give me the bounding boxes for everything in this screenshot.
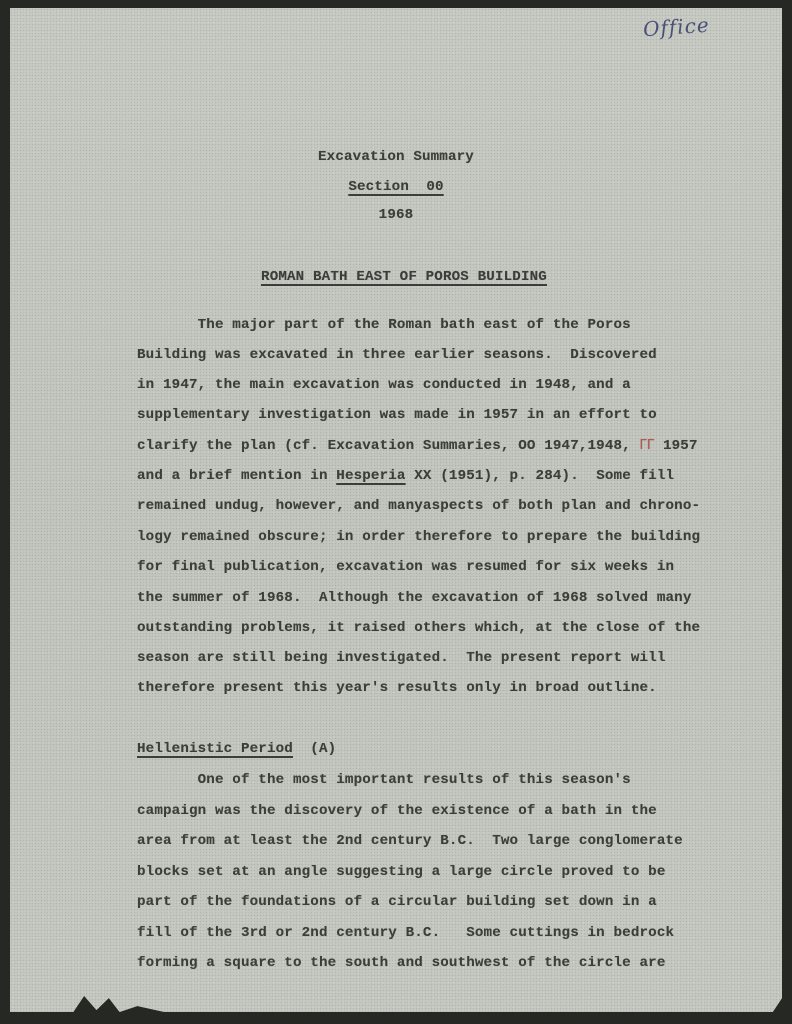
handwritten-note: Office: [642, 13, 710, 42]
paragraph-line: part of the foundations of a circular bu…: [137, 894, 657, 910]
document-title: Excavation Summary: [0, 149, 792, 165]
journal-title: Hesperia: [336, 468, 405, 484]
document-year: 1968: [0, 207, 792, 223]
paragraph-line: in 1947, the main excavation was conduct…: [137, 377, 631, 393]
paragraph-line: clarify the plan (cf. Excavation Summari…: [137, 438, 698, 454]
paragraph-line: forming a square to the south and southw…: [137, 955, 666, 971]
paragraph-line: The major part of the Roman bath east of…: [137, 317, 631, 333]
paragraph-line: Building was excavated in three earlier …: [137, 347, 657, 363]
red-handwritten-mark: ΓΓ: [640, 438, 655, 453]
paragraph-line: logy remained obscure; in order therefor…: [137, 529, 700, 545]
paragraph-line: and a brief mention in Hesperia XX (1951…: [137, 468, 674, 484]
paragraph-line: remained undug, however, and manyaspects…: [137, 498, 700, 514]
paragraph-line-text: clarify the plan (cf. Excavation Summari…: [137, 438, 631, 454]
paragraph-line: area from at least the 2nd century B.C. …: [137, 833, 683, 849]
section-label: Section 00: [0, 179, 792, 195]
main-heading-text: ROMAN BATH EAST OF POROS BUILDING: [261, 269, 547, 285]
section-heading: Hellenistic Period (A): [137, 741, 336, 757]
paragraph-line: outstanding problems, it raised others w…: [137, 620, 700, 636]
paragraph-line: One of the most important results of thi…: [137, 772, 631, 788]
paragraph-line-text: and a brief mention in: [137, 468, 336, 484]
paragraph-line: blocks set at an angle suggesting a larg…: [137, 864, 666, 880]
paragraph-line: fill of the 3rd or 2nd century B.C. Some…: [137, 925, 674, 941]
section-label-text: Section 00: [348, 179, 443, 195]
paragraph-line-tail: XX (1951), p. 284). Some fill: [406, 468, 675, 484]
paragraph-line: for final publication, excavation was re…: [137, 559, 674, 575]
paragraph-line: campaign was the discovery of the existe…: [137, 803, 657, 819]
paragraph-line: the summer of 1968. Although the excavat…: [137, 590, 692, 606]
section-heading-suffix: (A): [293, 741, 336, 757]
main-heading: ROMAN BATH EAST OF POROS BUILDING: [8, 269, 792, 285]
paragraph-line: supplementary investigation was made in …: [137, 407, 657, 423]
paragraph-line-tail: 1957: [654, 438, 697, 454]
paragraph-line: therefore present this year's results on…: [137, 680, 657, 696]
paragraph-line: season are still being investigated. The…: [137, 650, 666, 666]
section-heading-text: Hellenistic Period: [137, 741, 293, 757]
